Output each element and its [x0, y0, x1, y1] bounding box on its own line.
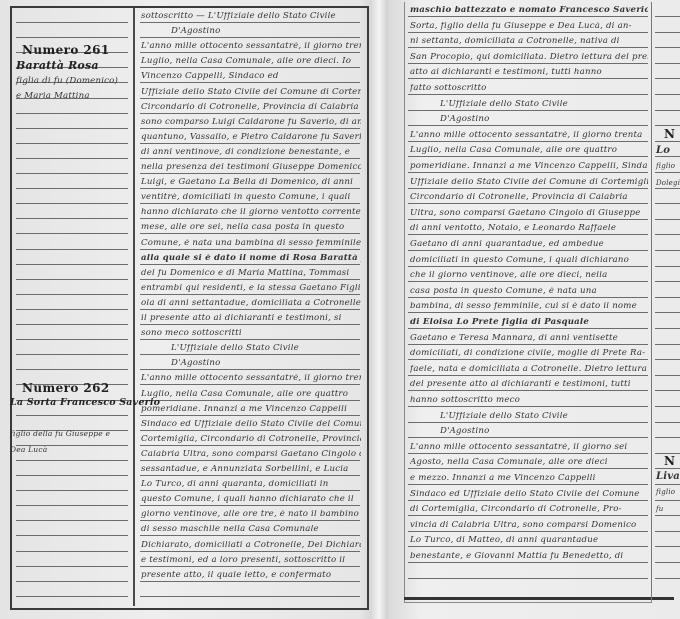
ruled-line [655, 203, 680, 204]
left-column-divider [133, 8, 135, 606]
ruled-line [408, 47, 648, 48]
ruled-line [655, 484, 680, 485]
handwritten-line: di anni ventinove, di condizione benesta… [141, 148, 361, 157]
ruled-line [140, 369, 360, 370]
entry-name-262: La Sorta Francesco Saverio [10, 398, 160, 408]
ruled-line [408, 468, 648, 469]
ruled-line [140, 249, 360, 250]
ruled-line [655, 188, 680, 189]
ruled-line [140, 566, 360, 567]
ruled-line [655, 16, 680, 17]
ruled-line [408, 359, 648, 360]
ruled-line [408, 562, 648, 563]
handwritten-line: di anni ventotto, Notaio, e Leonardo Raf… [410, 224, 648, 233]
entry-note-262-line1: figlio della fu Giuseppe e [10, 430, 110, 438]
ruled-line [16, 369, 128, 370]
right-margin-name-2: Liva [656, 472, 680, 482]
ruled-line [408, 390, 648, 391]
ruled-line [16, 551, 128, 552]
handwritten-line: sottoscritto — L'Uffiziale dello Stato C… [141, 12, 361, 21]
handwritten-line: D'Agostino [171, 27, 361, 36]
handwritten-line: domiciliati in questo Comune, i quali di… [410, 256, 648, 265]
handwritten-line: Circondario di Cotronelle, Provincia di … [141, 103, 361, 112]
handwritten-line: di sesso maschile nella Casa Comunale [141, 525, 361, 534]
book-gutter [370, 0, 388, 619]
ruled-line [16, 324, 128, 325]
ruled-line [408, 515, 648, 516]
handwritten-line: di Eloisa Lo Prete figlia di Pasquale [410, 318, 648, 327]
ruled-line [655, 281, 680, 282]
ruled-line [140, 188, 360, 189]
ruled-line [655, 250, 680, 251]
handwritten-line: Luglio, nella Casa Comunale, alle ore qu… [410, 146, 648, 155]
ruled-line [408, 141, 648, 142]
handwritten-line: mese, alle ore sei, nella casa posta in … [141, 223, 361, 232]
ruled-line [16, 596, 128, 597]
ruled-line [408, 63, 648, 64]
ruled-line [140, 596, 360, 597]
ruled-line [655, 359, 680, 360]
ruled-line [16, 475, 128, 476]
ruled-line [140, 400, 360, 401]
right-margin-note-1b: Dolegioso [656, 180, 680, 187]
handwritten-line: L'Uffiziale dello Stato Civile [440, 412, 648, 421]
ruled-line [140, 581, 360, 582]
ruled-line [408, 94, 648, 95]
handwritten-line: L'anno mille ottocento sessantatrè, il g… [410, 443, 648, 452]
ruled-line [408, 219, 648, 220]
handwritten-line: pomeridiane. Innanzi a me Vincenzo Cappe… [410, 162, 648, 171]
ruled-line [408, 110, 648, 111]
handwritten-line: D'Agostino [440, 427, 648, 436]
ruled-line [16, 203, 128, 204]
ruled-line [408, 125, 648, 126]
handwritten-line: sessantadue, e Annunziata Sorbellini, e … [141, 465, 361, 474]
ruled-line [655, 422, 680, 423]
ruled-line [655, 328, 680, 329]
ruled-line [140, 445, 360, 446]
handwritten-line: casa posta in questo Comune, è nata una [410, 287, 648, 296]
ruled-line [655, 562, 680, 563]
handwritten-line: fatto sottoscritto [410, 84, 648, 93]
ruled-line [408, 375, 648, 376]
ruled-line [140, 430, 360, 431]
ruled-line [140, 324, 360, 325]
handwritten-line: del presente atto ai dichiaranti e testi… [410, 380, 648, 389]
ruled-line [16, 188, 128, 189]
handwritten-line: Agosto, nella Casa Comunale, alle ore di… [410, 458, 648, 467]
ruled-line [408, 453, 648, 454]
ruled-line [140, 113, 360, 114]
handwritten-line: Gaetano di anni quarantadue, ed ambedue [410, 240, 648, 249]
ruled-line [408, 266, 648, 267]
ruled-line [655, 219, 680, 220]
ruled-line [140, 173, 360, 174]
handwritten-line: Sorta, figlio della fu Giuseppe e Dea Lu… [410, 22, 648, 31]
ruled-line [16, 535, 128, 536]
ruled-line [655, 531, 680, 532]
handwritten-line: di Cortemiglia, Circondario di Cotronell… [410, 505, 648, 514]
ruled-line [140, 143, 360, 144]
right-margin-note-1a: figlio [656, 163, 675, 170]
right-page-bottom-rule [404, 597, 674, 600]
ruled-line [140, 309, 360, 310]
ruled-line [655, 266, 680, 267]
ruled-line [140, 98, 360, 99]
ruled-line [655, 546, 680, 547]
ruled-line [16, 581, 128, 582]
ruled-line [655, 172, 680, 173]
handwritten-line: Sindaco ed Uffiziale dello Stato Civile … [141, 420, 361, 429]
ruled-line [655, 234, 680, 235]
handwritten-line: L'Uffiziale dello Stato Civile [171, 344, 361, 353]
handwritten-line: Luigi, e Gaetano La Bella di Domenico, d… [141, 178, 361, 187]
ruled-line [16, 460, 128, 461]
ruled-line [655, 297, 680, 298]
ruled-line [16, 339, 128, 340]
ruled-line [408, 500, 648, 501]
handwritten-line: bambina, di sesso femminile, cui si è da… [410, 302, 648, 311]
handwritten-line: hanno sottoscritto meco [410, 396, 648, 405]
ruled-line [655, 78, 680, 79]
handwritten-line: del fu Domenico e di Maria Mattina, Tomm… [141, 269, 361, 278]
ruled-line [655, 375, 680, 376]
ruled-line [16, 505, 128, 506]
ruled-line [140, 490, 360, 491]
handwritten-line: quantuno, Vassallo, e Pietro Caldarone f… [141, 133, 361, 142]
ruled-line [408, 250, 648, 251]
handwritten-line: D'Agostino [171, 359, 361, 368]
ruled-line [16, 279, 128, 280]
ruled-line [16, 218, 128, 219]
ruled-line [655, 500, 680, 501]
handwritten-line: giorno ventinove, alle ore tre, è nato i… [141, 510, 361, 519]
handwritten-line: San Procopio, qui domiciliata. Dietro le… [410, 53, 648, 62]
ruled-line [16, 490, 128, 491]
ruled-line [16, 566, 128, 567]
handwritten-line: ni settanta, domiciliata a Cotronelle, n… [410, 37, 648, 46]
ruled-line [655, 47, 680, 48]
handwritten-line: ola di anni settantadue, domiciliata a C… [141, 299, 361, 308]
ruled-line [140, 264, 360, 265]
handwritten-line: L'anno mille ottocento sessantatrè, il g… [141, 42, 361, 51]
handwritten-line: Uffiziale dello Stato Civile del Comune … [410, 178, 648, 187]
ruled-line [408, 16, 648, 17]
handwritten-line: alla quale si è dato il nome di Rosa Bar… [141, 254, 361, 263]
handwritten-line: Cortemiglia, Circondario di Cotronelle, … [141, 435, 361, 444]
ruled-line [140, 339, 360, 340]
ruled-line [408, 312, 648, 313]
ruled-line [140, 158, 360, 159]
ruled-line [16, 37, 128, 38]
ruled-line [408, 484, 648, 485]
handwritten-line: benestante, e Giovanni Mattia fu Benedet… [410, 552, 648, 561]
handwritten-line: D'Agostino [440, 115, 648, 124]
ruled-line [140, 384, 360, 385]
ruled-line [408, 78, 648, 79]
ruled-line [655, 515, 680, 516]
ruled-line [408, 531, 648, 532]
ruled-line [408, 203, 648, 204]
ruled-line [16, 22, 128, 23]
handwritten-line: maschio battezzato e nomato Francesco Sa… [410, 6, 648, 15]
ruled-line [655, 94, 680, 95]
handwritten-line: vincia di Calabria Ultra, sono comparsi … [410, 521, 648, 530]
right-column-divider [651, 2, 652, 600]
handwritten-line: Luglio, nella Casa Comunale, alle ore qu… [141, 390, 361, 399]
handwritten-line: L'anno mille ottocento sessantatrè, il g… [141, 374, 361, 383]
entry-number-262: Numero 262 [22, 382, 110, 394]
entry-number-261: Numero 261 [22, 44, 110, 56]
ruled-line [408, 344, 648, 345]
right-margin-note-2b: fu [656, 506, 664, 513]
ruled-line [16, 158, 128, 159]
handwritten-line: presente atto, il quale letto, e conferm… [141, 571, 361, 580]
right-margin-note-2a: figlio [656, 489, 675, 496]
ruled-line [16, 173, 128, 174]
handwritten-line: entrambi qui residenti, e la stessa Gaet… [141, 284, 361, 293]
ruled-line [16, 233, 128, 234]
ruled-line [16, 264, 128, 265]
ruled-line [408, 546, 648, 547]
ruled-line [140, 294, 360, 295]
ruled-line [16, 113, 128, 114]
ruled-line [140, 279, 360, 280]
handwritten-line: questo Comune, i quali hanno dichiarato … [141, 495, 361, 504]
ruled-line [408, 297, 648, 298]
handwritten-line: Lo Turco, di anni quaranta, domiciliati … [141, 480, 361, 489]
ruled-line [408, 422, 648, 423]
ruled-line [408, 281, 648, 282]
entry-note-261-line1: figlia di fu (Domenico) [16, 77, 118, 86]
ruled-line [655, 390, 680, 391]
ruled-line [140, 37, 360, 38]
handwritten-line: nella presenza dei testimoni Giuseppe Do… [141, 163, 361, 172]
ruled-line [16, 309, 128, 310]
entry-name-261: Barattà Rosa [16, 60, 99, 71]
handwritten-line: atto ai dichiaranti e testimoni, tutti h… [410, 68, 648, 77]
ruled-line [140, 203, 360, 204]
ruled-line [655, 312, 680, 313]
handwritten-line: faele, nata e domiciliata a Cotronelle. … [410, 365, 648, 374]
handwritten-line: hanno dichiarato che il giorno ventotto … [141, 208, 361, 217]
ruled-line [408, 437, 648, 438]
handwritten-line: Vincenzo Cappelli, Sindaco ed [141, 72, 361, 81]
handwritten-line: Calabria Ultra, sono comparsi Gaetano Ci… [141, 450, 361, 459]
ruled-line [16, 294, 128, 295]
ruled-line [655, 578, 680, 579]
ruled-line [408, 156, 648, 157]
right-margin-number-1: N [664, 128, 675, 140]
ruled-line [408, 32, 648, 33]
ruled-line [655, 156, 680, 157]
ruled-line [16, 520, 128, 521]
ruled-line [408, 406, 648, 407]
ruled-line [140, 460, 360, 461]
ruled-line [408, 578, 648, 579]
ruled-line [655, 110, 680, 111]
ruled-line [140, 551, 360, 552]
handwritten-line: e mezzo. Innanzi a me Vincenzo Cappelli [410, 474, 648, 483]
ruled-line [655, 437, 680, 438]
handwritten-line: domiciliati, di condizione civile, mogli… [410, 349, 648, 358]
ruled-line [140, 82, 360, 83]
handwritten-line: sono meco sottoscritti [141, 329, 361, 338]
handwritten-line: che il giorno ventinove, alle ore dieci,… [410, 271, 648, 280]
ruled-line [655, 32, 680, 33]
handwritten-line: L'anno mille ottocento sessantatrè, il g… [410, 131, 648, 140]
handwritten-line: Circondario di Cotronelle, Provincia di … [410, 193, 648, 202]
ruled-line [16, 354, 128, 355]
handwritten-line: sono comparso Luigi Caldarone fu Saverio… [141, 118, 361, 127]
ruled-line [408, 172, 648, 173]
ruled-line [16, 143, 128, 144]
entry-note-262-line2: Dea Lucà [10, 446, 47, 454]
handwritten-line: Gaetano e Teresa Mannara, di anni ventis… [410, 334, 648, 343]
ruled-line [140, 233, 360, 234]
ruled-line [140, 218, 360, 219]
handwritten-line: Uffiziale dello Stato Civile del Comune … [141, 88, 361, 97]
handwritten-line: Ultra, sono comparsi Gaetano Cingolo di … [410, 209, 648, 218]
ruled-line [140, 67, 360, 68]
handwritten-line: Luglio, nella Casa Comunale, alle ore di… [141, 57, 361, 66]
ruled-line [655, 344, 680, 345]
handwritten-line: L'Uffiziale dello Stato Civile [440, 100, 648, 109]
ruled-line [140, 354, 360, 355]
handwritten-line: Sindaco ed Uffiziale dello Stato Civile … [410, 490, 648, 499]
ruled-line [140, 475, 360, 476]
ruled-line [140, 22, 360, 23]
handwritten-line: il presente atto ai dichiaranti e testim… [141, 314, 361, 323]
ruled-line [408, 234, 648, 235]
right-margin-name-1: Lo [656, 146, 670, 156]
ruled-line [140, 535, 360, 536]
handwritten-line: e testimoni, ed a loro presenti, sottosc… [141, 556, 361, 565]
ruled-line [408, 188, 648, 189]
ruled-line [140, 505, 360, 506]
ruled-line [16, 128, 128, 129]
ruled-line [16, 415, 128, 416]
ruled-line [655, 63, 680, 64]
ruled-line [140, 52, 360, 53]
right-margin-number-2: N [664, 455, 675, 467]
ruled-line [140, 128, 360, 129]
ruled-line [655, 468, 680, 469]
ruled-line [408, 328, 648, 329]
entry-note-261-line2: e Maria Mattina [16, 92, 90, 101]
ruled-line [655, 406, 680, 407]
handwritten-line: ventitrè, domiciliati in questo Comune, … [141, 193, 361, 202]
ruled-line [140, 520, 360, 521]
handwritten-line: pomeridiane. Innanzi a me Vincenzo Cappe… [141, 405, 361, 414]
handwritten-line: Comune, è nata una bambina di sesso femm… [141, 239, 361, 248]
ruled-line [140, 415, 360, 416]
ruled-line [16, 249, 128, 250]
handwritten-line: Dichiarato, domiciliati a Cotronelle, De… [141, 541, 361, 550]
handwritten-line: Lo Turco, di Matteo, di anni quarantadue [410, 536, 648, 545]
